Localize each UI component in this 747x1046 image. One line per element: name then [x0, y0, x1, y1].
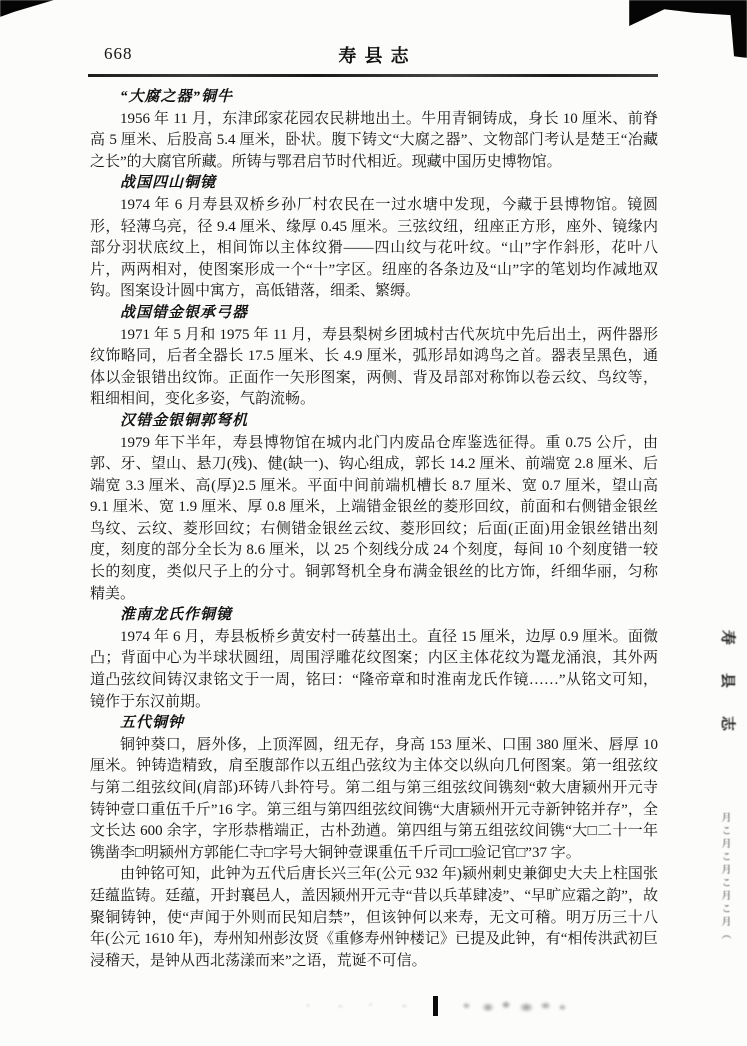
section-heading: “大腐之器”铜牛	[90, 87, 658, 109]
scan-artifact-bar	[433, 996, 438, 1016]
section-bronze-ox: “大腐之器”铜牛 1956 年 11 月，东津邱家花园农民耕地出土。牛用青铜铸成…	[90, 87, 658, 173]
ink-smudge	[452, 998, 572, 1015]
section-heading: 战国错金银承弓器	[90, 303, 658, 325]
scan-artifact-top-left	[0, 0, 54, 17]
section-bronze-bell: 五代铜钟 铜钟葵口，唇外侈，上顶浑圆，纽无存，身高 153 厘米、口围 380 …	[90, 713, 658, 972]
section-huainan-mirror: 淮南龙氏作铜镜 1974 年 6 月，寿县板桥乡黄安村一砖墓出土。直径 15 厘…	[90, 605, 658, 713]
section-heading: 汉错金银铜郭弩机	[90, 411, 658, 433]
section-heading: 淮南龙氏作铜镜	[90, 605, 658, 627]
running-title: 寿县志	[0, 42, 747, 68]
paragraph: 铜钟葵口，唇外侈，上顶浑圆，纽无存，身高 153 厘米、口围 380 厘米、唇厚…	[90, 735, 658, 865]
scanned-book-page: 668 寿县志 “大腐之器”铜牛 1956 年 11 月，东津邱家花园农民耕地出…	[0, 0, 747, 1046]
paragraph: 1956 年 11 月，东津邱家花园农民耕地出土。牛用青铜铸成，身长 10 厘米…	[90, 109, 658, 174]
section-bow-rest: 战国错金银承弓器 1971 年 5 月和 1975 年 11 月，寿县梨树乡团城…	[90, 303, 658, 411]
paragraph: 1974 年 6 月寿县双桥乡孙厂村农民在一过水塘中发现，今藏于县博物馆。镜圆形…	[90, 195, 658, 303]
ink-bleed-marks: 月こ月こ月こ月こ月（	[717, 812, 732, 977]
section-crossbow-mechanism: 汉错金银铜郭弩机 1979 年下半年，寿县博物馆在城内北门内废品仓库鉴选征得。重…	[90, 411, 658, 605]
section-four-mountain-mirror: 战国四山铜镜 1974 年 6 月寿县双桥乡孙厂村农民在一过水塘中发现，今藏于县…	[90, 173, 658, 303]
paragraph: 1979 年下半年，寿县博物馆在城内北门内废品仓库鉴选征得。重 0.75 公斤，…	[90, 433, 658, 606]
faint-specks	[298, 1001, 423, 1010]
paragraph: 1974 年 6 月，寿县板桥乡黄安村一砖墓出土。直径 15 厘米，边厚 0.9…	[90, 627, 658, 713]
section-heading: 战国四山铜镜	[90, 173, 658, 195]
fore-edge-title: 寿县志	[718, 630, 739, 770]
paragraph: 1971 年 5 月和 1975 年 11 月，寿县梨树乡团城村古代灰坑中先后出…	[90, 325, 658, 411]
page-content: “大腐之器”铜牛 1956 年 11 月，东津邱家花园农民耕地出土。牛用青铜铸成…	[90, 87, 658, 972]
section-heading: 五代铜钟	[90, 713, 658, 735]
header-rule	[88, 74, 658, 77]
paragraph: 由钟铭可知，此钟为五代后唐长兴三年(公元 932 年)颍州刺史兼御史大夫上柱国张…	[90, 864, 658, 972]
